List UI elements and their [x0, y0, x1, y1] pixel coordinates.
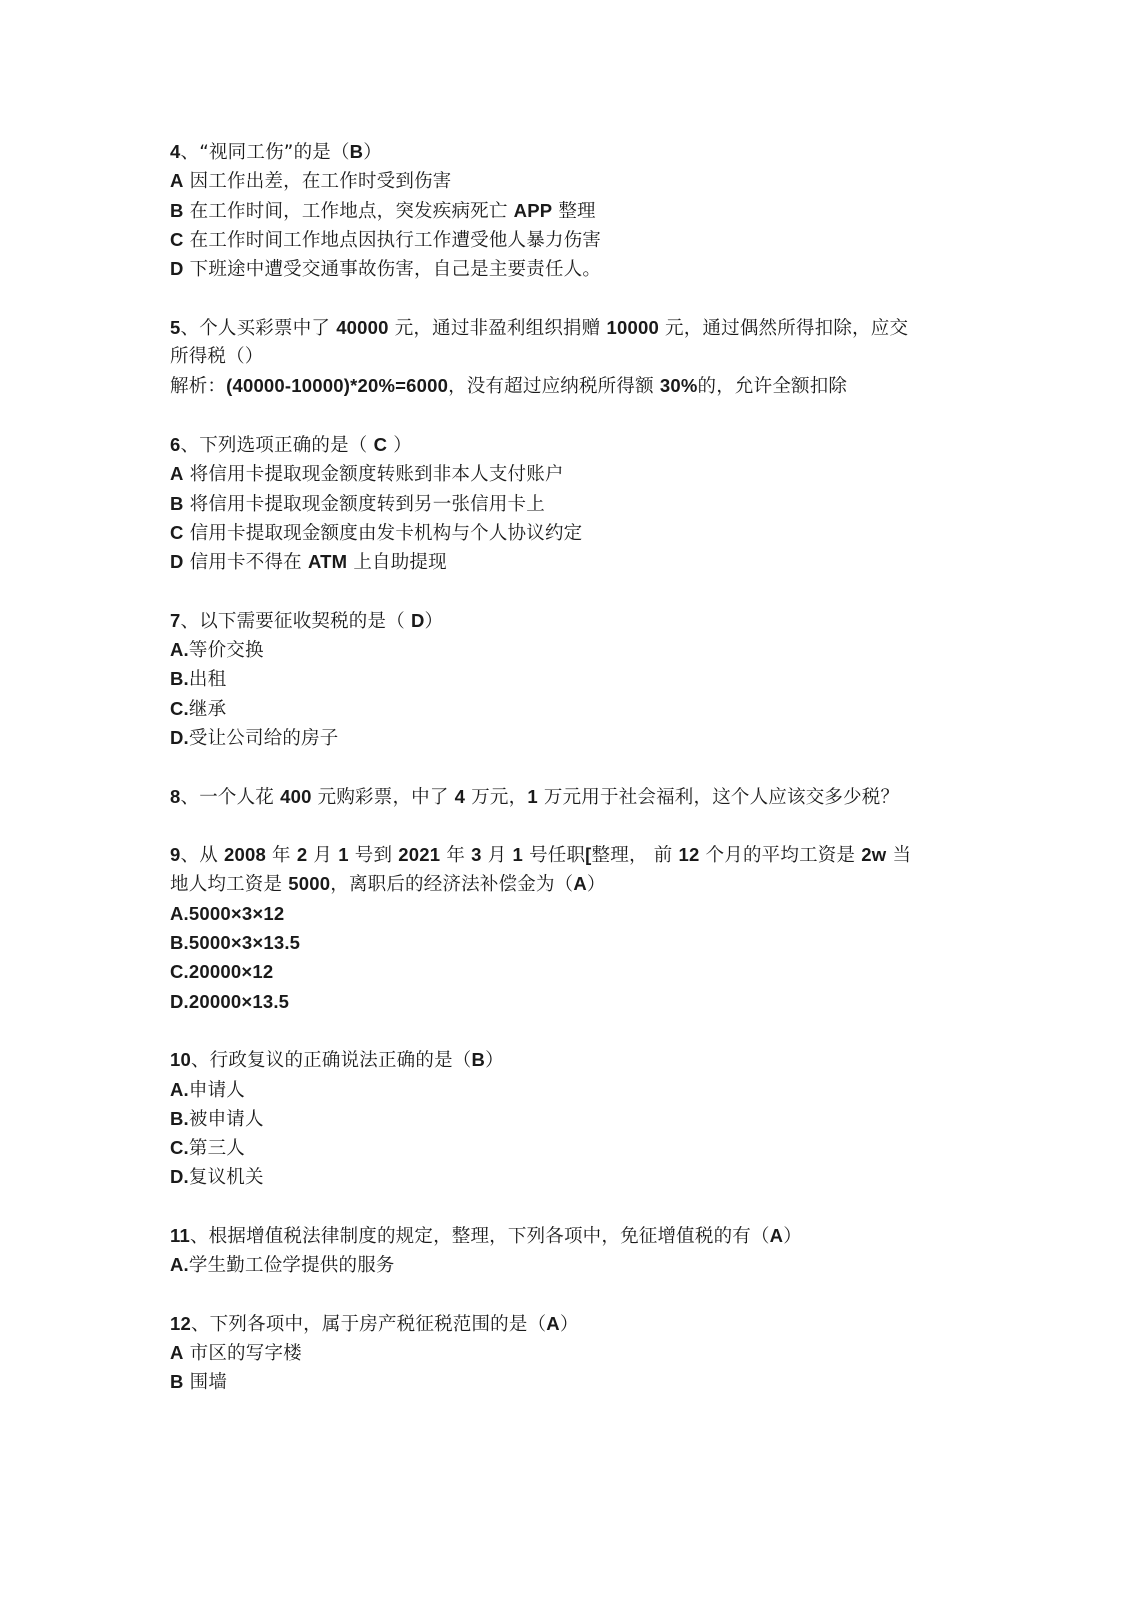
question-text: 8、一个人花 400 元购彩票，中了 4 万元，1 万元用于社会福利，这个人应该… [170, 782, 970, 811]
question-text: 5、个人买彩票中了 40000 元，通过非盈利组织捐赠 10000 元，通过偶然… [170, 313, 970, 342]
answer-option: 所得税（） [170, 342, 970, 371]
text-segment: 整理 [552, 201, 595, 222]
paragraph-spacer [170, 1016, 970, 1045]
text-segment: APP [514, 200, 553, 221]
text-segment: 元，通过偶然所得扣除，应交 [659, 318, 908, 339]
text-segment: 5 [170, 317, 181, 338]
text-segment: 4 [170, 141, 181, 162]
paragraph-spacer [170, 752, 970, 781]
text-segment: A [546, 1313, 560, 1334]
text-segment: A [170, 170, 184, 191]
text-segment: 等价交换 [189, 640, 264, 661]
text-segment: 10 [170, 1049, 191, 1070]
text-segment: 2 [297, 844, 308, 865]
text-segment: 因工作出差，在工作时受到伤害 [184, 171, 452, 192]
answer-option: B.出租 [170, 664, 970, 693]
document-page: 4、“视同工伤”的是（B）A 因工作出差，在工作时受到伤害B 在工作时间，工作地… [170, 137, 970, 1397]
text-segment: B [170, 200, 184, 221]
text-segment: 围墙 [184, 1372, 227, 1393]
paragraph-spacer [170, 1192, 970, 1221]
question-text: 7、以下需要征收契税的是（ D） [170, 606, 970, 635]
text-segment: 市区的写字楼 [184, 1343, 302, 1364]
text-segment: 3 [471, 844, 482, 865]
text-segment: 元购彩票，中了 [312, 787, 455, 808]
text-segment: 10000 [607, 317, 659, 338]
answer-option: A.5000×3×12 [170, 899, 970, 928]
answer-option: B 将信用卡提取现金额度转到另一张信用卡上 [170, 489, 970, 518]
text-segment: A. [170, 1254, 189, 1275]
question-text: 9、从 2008 年 2 月 1 号到 2021 年 3 月 1 号任职[整理，… [170, 840, 970, 869]
text-segment: ） [560, 1314, 579, 1335]
text-segment: 400 [280, 786, 311, 807]
text-segment: 出租 [189, 669, 226, 690]
text-segment: 、下列各项中，属于房产税征税范围的是（ [191, 1314, 546, 1335]
text-segment: B. [170, 668, 189, 689]
text-segment: ） [425, 611, 444, 632]
paragraph-spacer [170, 401, 970, 430]
text-segment: 在工作时间，工作地点，突发疾病死亡 [184, 201, 514, 222]
text-segment: 被申请人 [189, 1109, 264, 1130]
answer-option: 地人均工资是 5000，离职后的经济法补偿金为（A） [170, 869, 970, 898]
text-segment: D. [170, 727, 189, 748]
text-segment: 、从 [181, 845, 224, 866]
text-segment: 2021 [398, 844, 440, 865]
text-segment: ） [363, 142, 382, 163]
text-segment: 、“视同工伤”的是（ [181, 142, 350, 163]
text-segment: 40000 [336, 317, 388, 338]
text-segment: 上自助提现 [347, 552, 447, 573]
text-segment: 在工作时间工作地点因执行工作遭受他人暴力伤害 [184, 230, 601, 251]
question-block: 9、从 2008 年 2 月 1 号到 2021 年 3 月 1 号任职[整理，… [170, 840, 970, 1016]
text-segment: 12 [679, 844, 700, 865]
answer-option: A 将信用卡提取现金额度转账到非本人支付账户 [170, 459, 970, 488]
text-segment: 整理， 前 [592, 845, 679, 866]
answer-option: B.5000×3×13.5 [170, 928, 970, 957]
text-segment: 1 [512, 844, 523, 865]
text-segment: 、个人买彩票中了 [181, 318, 337, 339]
answer-option: A 市区的写字楼 [170, 1338, 970, 1367]
question-block: 5、个人买彩票中了 40000 元，通过非盈利组织捐赠 10000 元，通过偶然… [170, 313, 970, 401]
answer-option: C.继承 [170, 694, 970, 723]
text-segment: 12 [170, 1313, 191, 1334]
text-segment: A [770, 1225, 784, 1246]
text-segment: 将信用卡提取现金额度转账到非本人支付账户 [184, 464, 564, 485]
answer-option: D 信用卡不得在 ATM 上自助提现 [170, 547, 970, 576]
text-segment: ATM [308, 551, 347, 572]
text-segment: 11 [170, 1225, 190, 1246]
answer-option: A.申请人 [170, 1075, 970, 1104]
text-segment: 复议机关 [189, 1167, 264, 1188]
answer-option: D 下班途中遭受交通事故伤害，自己是主要责任人。 [170, 254, 970, 283]
text-segment: A [170, 1342, 184, 1363]
answer-option: 解析：(40000-10000)*20%=6000，没有超过应纳税所得额 30%… [170, 371, 970, 400]
text-segment: 2w [861, 844, 886, 865]
text-segment: D. [170, 1166, 189, 1187]
text-segment: 、根据增值税法律制度的规定，整理，下列各项中，免征增值税的有（ [190, 1226, 770, 1247]
question-block: 12、下列各项中，属于房产税征税范围的是（A）A 市区的写字楼B 围墙 [170, 1309, 970, 1397]
question-text: 11、根据增值税法律制度的规定，整理，下列各项中，免征增值税的有（A） [170, 1221, 970, 1250]
text-segment: 万元， [465, 787, 527, 808]
text-segment: A. [170, 1079, 189, 1100]
answer-option: A 因工作出差，在工作时受到伤害 [170, 166, 970, 195]
text-segment: D [170, 551, 184, 572]
question-block: 11、根据增值税法律制度的规定，整理，下列各项中，免征增值税的有（A）A.学生勤… [170, 1221, 970, 1280]
text-segment: C [170, 522, 184, 543]
text-segment: 的，允许全额扣除 [698, 376, 848, 397]
text-segment: 继承 [189, 699, 226, 720]
text-segment: D [411, 610, 425, 631]
answer-option: D.复议机关 [170, 1162, 970, 1191]
question-block: 6、下列选项正确的是（ C ）A 将信用卡提取现金额度转账到非本人支付账户B 将… [170, 430, 970, 576]
text-segment: 1 [527, 786, 538, 807]
text-segment: ） [485, 1050, 504, 1071]
question-block: 10、行政复议的正确说法正确的是（B）A.申请人B.被申请人C.第三人D.复议机… [170, 1045, 970, 1191]
text-segment: 解析： [170, 376, 226, 397]
text-segment: B [170, 493, 184, 514]
text-segment: 4 [455, 786, 466, 807]
answer-option: A.等价交换 [170, 635, 970, 664]
text-segment: 9 [170, 844, 181, 865]
paragraph-spacer [170, 283, 970, 312]
answer-option: B 围墙 [170, 1367, 970, 1396]
text-segment: 号任职 [523, 845, 585, 866]
text-segment: ） [587, 874, 606, 895]
text-segment: 月 [307, 845, 338, 866]
text-segment: 6 [170, 434, 181, 455]
text-segment: ） [387, 435, 412, 456]
question-text: 12、下列各项中，属于房产税征税范围的是（A） [170, 1309, 970, 1338]
text-segment: 申请人 [189, 1080, 245, 1101]
text-segment: C.20000×12 [170, 961, 273, 982]
text-segment: A [170, 463, 184, 484]
text-segment: ） [783, 1226, 802, 1247]
question-text: 10、行政复议的正确说法正确的是（B） [170, 1045, 970, 1074]
answer-option: B.被申请人 [170, 1104, 970, 1133]
answer-option: D.受让公司给的房子 [170, 723, 970, 752]
text-segment: A [573, 873, 587, 894]
text-segment: 将信用卡提取现金额度转到另一张信用卡上 [184, 494, 545, 515]
text-segment: B [472, 1049, 486, 1070]
text-segment: D [170, 258, 184, 279]
text-segment: B. [170, 1108, 189, 1129]
answer-option: B 在工作时间，工作地点，突发疾病死亡 APP 整理 [170, 196, 970, 225]
text-segment: 2008 [224, 844, 266, 865]
text-segment: 年 [266, 845, 297, 866]
question-text: 6、下列选项正确的是（ C ） [170, 430, 970, 459]
text-segment: 月 [482, 845, 513, 866]
text-segment: 、以下需要征收契税的是（ [181, 611, 411, 632]
question-block: 7、以下需要征收契税的是（ D）A.等价交换B.出租C.继承D.受让公司给的房子 [170, 606, 970, 752]
answer-option: A.学生勤工俭学提供的服务 [170, 1250, 970, 1279]
text-segment: C. [170, 698, 189, 719]
text-segment: 个月的平均工资是 [700, 845, 862, 866]
text-segment: 受让公司给的房子 [189, 728, 339, 749]
text-segment: (40000-10000)*20%=6000 [226, 375, 448, 396]
text-segment: 5000 [288, 873, 330, 894]
text-segment: 当 [886, 845, 911, 866]
text-segment: 8 [170, 786, 181, 807]
paragraph-spacer [170, 576, 970, 605]
text-segment: C. [170, 1137, 189, 1158]
question-block: 4、“视同工伤”的是（B）A 因工作出差，在工作时受到伤害B 在工作时间，工作地… [170, 137, 970, 283]
answer-option: C.第三人 [170, 1133, 970, 1162]
answer-option: C.20000×12 [170, 957, 970, 986]
text-segment: A.5000×3×12 [170, 903, 284, 924]
question-block: 8、一个人花 400 元购彩票，中了 4 万元，1 万元用于社会福利，这个人应该… [170, 782, 970, 811]
answer-option: C 信用卡提取现金额度由发卡机构与个人协议约定 [170, 518, 970, 547]
text-segment: 信用卡提取现金额度由发卡机构与个人协议约定 [184, 523, 583, 544]
text-segment: 年 [440, 845, 471, 866]
text-segment: 7 [170, 610, 181, 631]
text-segment: ，离职后的经济法补偿金为（ [330, 874, 573, 895]
text-segment: 信用卡不得在 [184, 552, 308, 573]
text-segment: 下班途中遭受交通事故伤害，自己是主要责任人。 [184, 259, 601, 280]
text-segment: C [374, 434, 388, 455]
text-segment: 、下列选项正确的是（ [181, 435, 374, 456]
text-segment: 元，通过非盈利组织捐赠 [389, 318, 607, 339]
paragraph-spacer [170, 1280, 970, 1309]
text-segment: 号到 [349, 845, 399, 866]
text-segment: 30% [660, 375, 698, 396]
answer-option: D.20000×13.5 [170, 987, 970, 1016]
text-segment: 、行政复议的正确说法正确的是（ [191, 1050, 472, 1071]
paragraph-spacer [170, 811, 970, 840]
answer-option: C 在工作时间工作地点因执行工作遭受他人暴力伤害 [170, 225, 970, 254]
text-segment: 地人均工资是 [170, 874, 288, 895]
text-segment: 所得税（） [170, 346, 264, 367]
text-segment: B [170, 1371, 184, 1392]
text-segment: B [350, 141, 364, 162]
text-segment: 、一个人花 [181, 787, 281, 808]
text-segment: B.5000×3×13.5 [170, 932, 300, 953]
question-text: 4、“视同工伤”的是（B） [170, 137, 970, 166]
text-segment: C [170, 229, 184, 250]
text-segment: A. [170, 639, 189, 660]
text-segment: 学生勤工俭学提供的服务 [189, 1255, 395, 1276]
text-segment: 万元用于社会福利，这个人应该交多少税？ [538, 787, 899, 808]
text-segment: ，没有超过应纳税所得额 [448, 376, 660, 397]
text-segment: 1 [338, 844, 349, 865]
text-segment: D.20000×13.5 [170, 991, 289, 1012]
text-segment: 第三人 [189, 1138, 245, 1159]
